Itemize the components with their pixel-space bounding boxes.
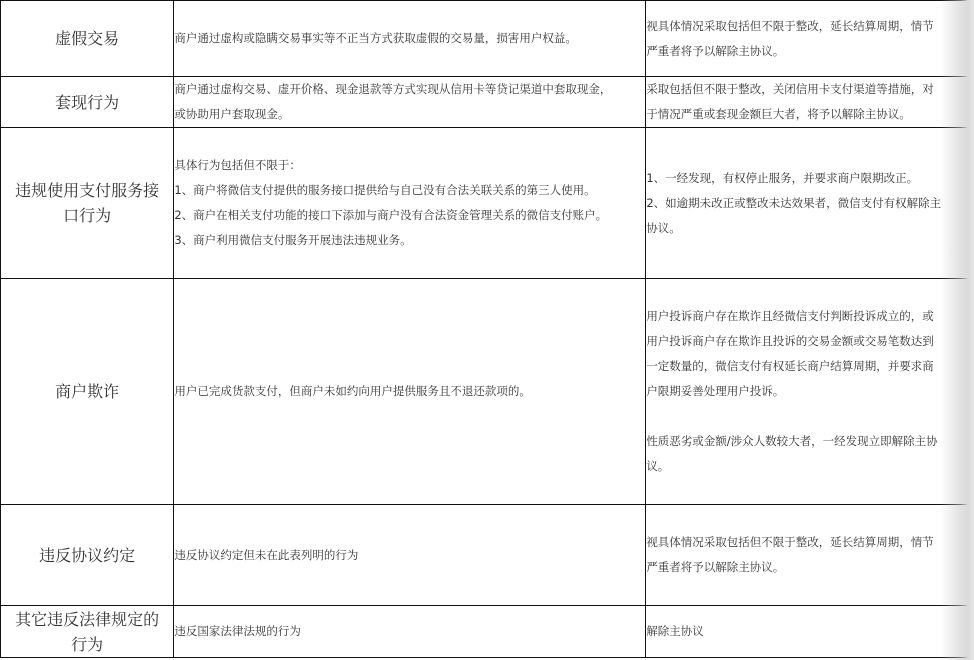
table-row: 其它违反法律规定的 行为 违反国家法律法规的行为 解除主协议	[1, 606, 968, 658]
action-cell: 视具体情况采取包括但不限于整改，延长结算周期，情节 严重者将予以解除主协议。	[646, 1, 968, 77]
action-cell: 采取包括但不限于整改，关闭信用卡支付渠道等措施，对 于情况严重或套现金额巨大者，…	[646, 77, 968, 128]
description-text: 具体行为包括但不限于：	[174, 153, 645, 178]
description-cell: 违反国家法律法规的行为	[174, 606, 646, 658]
description-text: 用户已完成货款支付，但商户未如约向用户提供服务且不退还款项的。	[174, 379, 645, 404]
action-cell: 用户投诉商户存在欺诈且经微信支付判断投诉成立的，或 用户投诉商户存在欺诈且投诉的…	[646, 279, 968, 505]
action-text: 用户投诉商户存在欺诈且经微信支付判断投诉成立的，或	[646, 304, 967, 329]
description-cell: 具体行为包括但不限于： 1、商户将微信支付提供的服务接口提供给与自己没有合法关联…	[174, 128, 646, 279]
violation-type: 口行为	[1, 203, 173, 228]
action-text: 议。	[646, 454, 967, 479]
violation-type: 违反协议约定	[1, 543, 173, 568]
violation-type: 套现行为	[1, 90, 173, 115]
page-edge	[967, 0, 974, 660]
action-text: 2、如逾期未改正或整改未达效果者，微信支付有权解除主	[646, 191, 967, 216]
description-cell: 商户通过虚构或隐瞒交易事实等不正当方式获取虚假的交易量，损害用户权益。	[174, 1, 646, 77]
action-text: 用户投诉商户存在欺诈且投诉的交易金额或交易笔数达到	[646, 329, 967, 354]
description-text: 商户通过虚构交易、虚开价格、现金退款等方式实现从信用卡等贷记渠道中套取现金，	[174, 77, 645, 102]
action-text: 协议。	[646, 216, 967, 241]
action-text: 视具体情况采取包括但不限于整改，延长结算周期，情节	[646, 530, 967, 555]
description-text: 1、商户将微信支付提供的服务接口提供给与自己没有合法关联关系的第三人使用。	[174, 178, 645, 203]
violation-type-cell: 套现行为	[1, 77, 174, 128]
violation-type: 其它违反法律规定的	[1, 607, 173, 632]
violation-type-cell: 违反协议约定	[1, 505, 174, 606]
action-cell: 1、一经发现，有权停止服务，并要求商户限期改正。 2、如逾期未改正或整改未达效果…	[646, 128, 968, 279]
description-text: 违反协议约定但未在此表列明的行为	[174, 543, 645, 568]
violation-type: 违规使用支付服务接	[1, 178, 173, 203]
violation-type: 行为	[1, 632, 173, 657]
action-text: 户限期妥善处理用户投诉。	[646, 379, 967, 404]
action-text: 1、一经发现，有权停止服务，并要求商户限期改正。	[646, 166, 967, 191]
action-cell: 解除主协议	[646, 606, 968, 658]
action-text: 一定数量的，微信支付有权延长商户结算周期，并要求商	[646, 354, 967, 379]
action-text: 严重者将予以解除主协议。	[646, 555, 967, 580]
description-text: 2、商户在相关支付功能的接口下添加与商户没有合法资金管理关系的微信支付账户。	[174, 203, 645, 228]
description-text: 或协助用户套取现金。	[174, 102, 645, 127]
action-text: 严重者将予以解除主协议。	[646, 39, 967, 64]
table-row: 违反协议约定 违反协议约定但未在此表列明的行为 视具体情况采取包括但不限于整改，…	[1, 505, 968, 606]
violation-type: 虚假交易	[1, 26, 173, 51]
description-text: 3、商户利用微信支付服务开展违法违规业务。	[174, 228, 645, 253]
action-text: 采取包括但不限于整改，关闭信用卡支付渠道等措施，对	[646, 77, 967, 102]
action-text: 于情况严重或套现金额巨大者，将予以解除主协议。	[646, 102, 967, 127]
action-text: 视具体情况采取包括但不限于整改，延长结算周期，情节	[646, 14, 967, 39]
violation-type-cell: 商户欺诈	[1, 279, 174, 505]
action-text: 性质恶劣或金额/涉众人数较大者，一经发现立即解除主协	[646, 429, 967, 454]
description-cell: 商户通过虚构交易、虚开价格、现金退款等方式实现从信用卡等贷记渠道中套取现金， 或…	[174, 77, 646, 128]
violation-rules-table: 虚假交易 商户通过虚构或隐瞒交易事实等不正当方式获取虚假的交易量，损害用户权益。…	[0, 0, 968, 658]
paragraph-gap	[646, 404, 967, 429]
violation-type-cell: 其它违反法律规定的 行为	[1, 606, 174, 658]
action-text: 解除主协议	[646, 619, 967, 644]
violation-type-cell: 违规使用支付服务接 口行为	[1, 128, 174, 279]
violation-type-cell: 虚假交易	[1, 1, 174, 77]
table-row: 违规使用支付服务接 口行为 具体行为包括但不限于： 1、商户将微信支付提供的服务…	[1, 128, 968, 279]
description-text: 违反国家法律法规的行为	[174, 619, 645, 644]
description-cell: 用户已完成货款支付，但商户未如约向用户提供服务且不退还款项的。	[174, 279, 646, 505]
action-cell: 视具体情况采取包括但不限于整改，延长结算周期，情节 严重者将予以解除主协议。	[646, 505, 968, 606]
violation-type: 商户欺诈	[1, 379, 173, 404]
description-text: 商户通过虚构或隐瞒交易事实等不正当方式获取虚假的交易量，损害用户权益。	[174, 26, 645, 51]
table-row: 套现行为 商户通过虚构交易、虚开价格、现金退款等方式实现从信用卡等贷记渠道中套取…	[1, 77, 968, 128]
description-cell: 违反协议约定但未在此表列明的行为	[174, 505, 646, 606]
table-row: 虚假交易 商户通过虚构或隐瞒交易事实等不正当方式获取虚假的交易量，损害用户权益。…	[1, 1, 968, 77]
table-row: 商户欺诈 用户已完成货款支付，但商户未如约向用户提供服务且不退还款项的。 用户投…	[1, 279, 968, 505]
